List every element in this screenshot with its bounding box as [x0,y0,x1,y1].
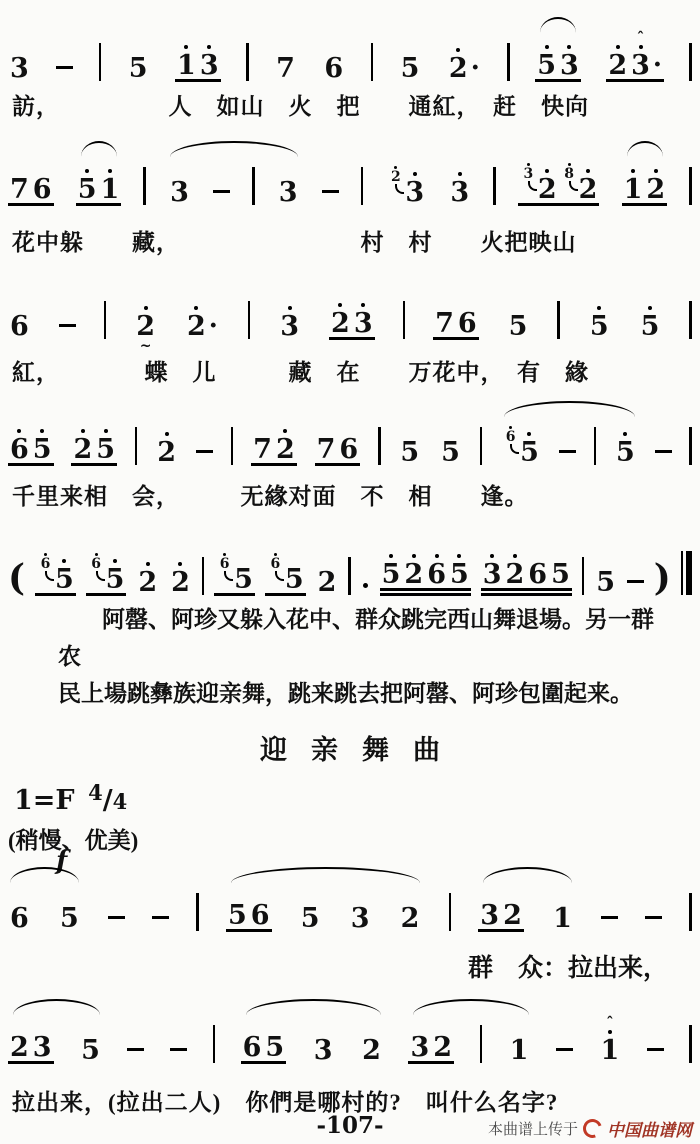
note: 2 [318,562,337,596]
note-stack: 2 [449,48,468,82]
note: 5 [590,306,609,340]
note-cell: 5 [398,412,421,468]
barline-stroke [348,557,351,595]
duration-dash [627,542,644,598]
beam-group: 65 [214,553,255,596]
barline [594,412,597,468]
note-digit: 3 [200,52,219,79]
note-stack: 5 [641,306,660,340]
note-cell: 65 [265,542,306,598]
note-digit: 5 [596,569,615,596]
music-line-7: 2356532321ˆ1 [8,996,692,1066]
beam-group: 5 [399,48,422,82]
beam-group: 3 [349,898,372,932]
note-digit: 2 [276,436,295,463]
dash-stroke [108,916,125,920]
octave-dot [85,169,89,173]
note-stack: 2 [608,45,627,79]
note: 65 [88,553,125,593]
note: 6 [458,303,477,337]
octave-dot [178,562,182,566]
beam-group: 5 [299,898,322,932]
note-digit: 2 [138,569,157,596]
note-stack: 6 [339,429,358,463]
grace-note: 6 [502,426,519,454]
beam-group: 51 [76,169,122,206]
note-digit: 7 [317,436,336,463]
note-stack: 3 [314,1030,333,1064]
octave-dot [654,169,658,173]
note-cell: 5 [399,28,422,84]
barline [135,412,138,468]
note-digit: 5 [537,52,556,79]
note-digit: 5 [129,55,148,82]
note-stack: 2 [538,169,557,203]
slur-icon [10,867,78,883]
note-cell: 1 [551,878,574,934]
note-stack: 7 [317,429,336,463]
note: 2 [505,554,524,588]
parenthesis-glyph: ) [654,562,671,594]
barline [231,412,234,468]
octave-dot [616,45,620,49]
note-digit: 6 [33,176,52,203]
slur-icon [504,401,635,417]
grace-slur-icon [96,571,105,581]
beam-group: 76 [433,303,479,340]
duration-dash [127,1010,144,1066]
duration-dash [170,1010,187,1066]
dash-stroke [559,450,576,454]
octave-dot [108,169,112,173]
octave-dot [457,554,461,558]
note: 1 [553,898,572,932]
beam-group: 1 [551,898,574,932]
note: 3 [560,45,579,79]
beam-group: 12 [622,169,668,206]
beam-group: 23 [329,303,375,340]
note-cell: 3 [278,286,301,342]
note-digit: 5 [382,561,401,588]
beam-group: 2~ [134,306,157,340]
grace-digit: 6 [220,557,230,571]
note: 3 [410,1027,429,1061]
note: 3 [170,172,189,206]
grace-digit: 6 [506,430,516,444]
note-digit: 3 [314,1037,333,1064]
note-cell: 3 [277,152,300,208]
duration-dash [59,286,76,342]
note: 5 [129,48,148,82]
note-stack: 3 [280,306,299,340]
octave-dot [412,554,416,558]
score-page: { "music": { "lines": [ {"cells":[{"d":"… [0,0,700,1144]
note-cell: 6 [8,878,31,934]
note-digit: 3 [450,179,469,206]
note-digit: 6 [243,1034,262,1061]
note-cell: 5 [58,878,81,934]
beam-group: 3 [277,172,300,206]
note: 5 [78,169,97,203]
dash-stroke [627,580,644,584]
note-digit: 3 [279,179,298,206]
dash-stroke [56,66,73,70]
grace-note: 6 [216,553,233,581]
note-cell: 76 [315,412,361,468]
note-digit: 2 [538,176,557,203]
note-digit: 2 [579,176,598,203]
note-stack: 2 [157,432,176,466]
note-stack: 5 [590,306,609,340]
note-stack: 2 [318,562,337,596]
duration-dash [152,878,169,934]
dash-stroke [196,450,213,454]
note-cell: 2 [136,542,159,598]
note-stack: 6 [528,554,547,588]
beam-group: 6 [322,48,345,82]
grace-digit: 6 [41,557,51,571]
barline-stroke [99,43,102,81]
note: 5 [60,898,79,932]
note-digit: 5 [78,176,97,203]
note-digit: 6 [339,436,358,463]
note-cell: 5 [614,412,637,468]
note-digit: 2 [433,1034,452,1061]
note-stack: 6 [10,898,29,932]
note-digit: 5 [33,436,52,463]
slur-icon [13,999,100,1015]
note: 7 [253,429,272,463]
note-cell: 7 [274,28,297,84]
grace-note: 8 [561,163,578,191]
grace-digit: 2 [391,170,401,184]
note-cell: 3 [168,152,191,208]
beam-group: ˆ1 [599,1030,622,1064]
barline-stroke [689,301,692,339]
note-cell: 5 [439,412,462,468]
note-cell: 5 [639,286,662,342]
note-digit: 2 [646,176,665,203]
note-stack: 1 [101,169,120,203]
note-digit: 2 [73,436,92,463]
note-stack: 3 [483,554,502,588]
barline [480,412,483,468]
note-digit: 5 [106,566,125,593]
crowd-label: 群 众：拉出来， [468,948,668,984]
barline [689,286,692,342]
barline [378,412,381,468]
note-digit: 3 [170,179,189,206]
note: 2 [362,1030,381,1064]
barline-stroke [104,301,107,339]
note-stack: 2 [138,562,157,596]
note-stack: 6 [324,48,343,82]
note-cell: 1 [508,1010,531,1066]
note-digit: 6 [10,313,29,340]
note-cell: 32 [408,1010,454,1066]
bend-icon: ˆ [606,1016,614,1031]
watermark: 本曲谱上传于 中国曲谱网 [488,1116,692,1141]
note: 5 [616,432,635,466]
barline [582,542,585,598]
note: 3 [450,172,469,206]
note-digit: 2 [404,561,423,588]
note-digit: 7 [10,176,29,203]
slur-icon [540,17,577,33]
beam-group: 2 [169,562,192,596]
barline [361,152,364,208]
beam-group: 5 [507,306,530,340]
octave-dot [361,303,365,307]
barline [99,28,102,84]
barline [689,152,692,208]
barline-stroke [594,427,597,465]
beam-group: 65 [86,553,127,596]
note-cell: 2· [447,28,482,84]
note-cell: 2 [169,542,192,598]
barline-stroke [681,551,684,595]
note-digit: 2 [331,310,350,337]
note-cell: 5 [79,1010,102,1066]
barline-stroke [196,893,199,931]
note-digit: 7 [435,310,454,337]
note: 5 [382,554,401,588]
barline-stroke [213,1025,216,1063]
note-digit: 3 [560,52,579,79]
barline-stroke [557,301,560,339]
barline-stroke [480,427,483,465]
meter-denominator: 4 [113,789,128,814]
bend-icon: ˆ [637,31,645,46]
barline-stroke [371,43,374,81]
note-stack: 6 [33,169,52,203]
note-stack: 3 [200,45,219,79]
note-cell: 3 [448,152,471,208]
barline-stroke [361,167,364,205]
note-stack: 6 [10,306,29,340]
note: 7 [435,303,454,337]
note: 6 [324,48,343,82]
note-digit: 5 [81,1037,100,1064]
duration-dash [655,412,672,468]
note-stack: 5 [401,48,420,82]
barline-stroke [689,43,692,81]
note-stack: 3 [10,48,29,82]
note-digit: 3 [354,310,373,337]
barline [348,542,351,598]
note-cell: 5 [507,286,530,342]
note-stack: 2 [276,429,295,463]
beam-group: 5 [594,562,617,596]
barline-stroke [403,301,406,339]
note: 2 [433,1027,452,1061]
note: 1 [177,45,196,79]
note-digit: 5 [520,439,539,466]
note-stack: 3 [279,172,298,206]
note-stack: 2~ [136,306,155,340]
note-digit: 2 [362,1037,381,1064]
octave-dot [458,172,462,176]
note: 5 [33,429,52,463]
note: 5 [509,306,528,340]
octave-dot [435,554,439,558]
octave-dot [113,559,117,563]
quputu-logo-icon [580,1116,605,1141]
note-digit: 6 [10,436,29,463]
note-stack: 5 [234,559,253,593]
barline-stroke [202,557,205,595]
note: 1 [624,169,643,203]
note-stack: 5 [400,432,419,466]
note-stack: 5 [78,169,97,203]
grace-digit: 8 [564,167,574,181]
beam-group: 3265 [481,554,572,596]
note-digit: 1 [553,905,572,932]
beam-group: 5 [79,1030,102,1064]
note: 5 [441,432,460,466]
note-digit: 5 [590,313,609,340]
note: 82 [561,163,598,203]
note-digit: 5 [400,439,419,466]
note-cell: 13 [175,28,221,84]
grace-digit: 6 [271,557,281,571]
note-cell: 5265 [380,542,471,598]
dash-stroke [213,190,230,194]
note: 2 [10,1027,29,1061]
note: 6 [10,898,29,932]
note-digit: 5 [265,1034,284,1061]
note-stack: 3 [170,172,189,206]
note-stack: 5 [537,45,556,79]
barline-stroke [689,167,692,205]
low-dot-glyph [363,583,368,588]
beam-group: 65 [35,553,76,596]
note: 3 [351,898,370,932]
note-stack: 3 [410,1027,429,1061]
octave-dot [413,172,417,176]
note-digit: 5 [60,905,79,932]
duration-dash [645,878,662,934]
note-stack: 2 [171,562,190,596]
lyrics-line-2: 花中躲 藏， 村 村 火把映山 [12,224,696,257]
note: 65 [37,553,74,593]
beam-group: 65 [500,426,541,466]
note-cell: 2ˆ3· [606,28,664,84]
note-stack: 2 [362,1030,381,1064]
beam-group: 1 [508,1030,531,1064]
note: 6 [528,554,547,588]
duration-dash [647,1010,664,1066]
note-stack: 3 [354,303,373,337]
note: 2~ [136,306,155,340]
beam-group: 2 [399,898,422,932]
note: 5 [96,429,115,463]
watermark-prefix: 本曲谱上传于 [488,1118,578,1139]
barline [104,286,107,342]
note-digit: 6 [10,905,29,932]
note-digit: 7 [253,436,272,463]
octave-dot [207,45,211,49]
note-digit: 2 [449,55,468,82]
augmentation-dot: · [653,52,662,78]
duration-dash [601,878,618,934]
slur-icon [231,867,420,883]
note-stack: 5 [441,432,460,466]
note-cell: 3282 [518,152,600,208]
beam-group: 25 [71,429,117,466]
note: 3 [483,554,502,588]
beam-group: 56 [226,895,272,932]
note-stack: ˆ3 [631,45,650,79]
grace-note: 6 [267,553,284,581]
note-cell: 2 [399,878,422,934]
note: 5 [228,895,247,929]
note-stack: 5 [33,429,52,463]
octave-dot [283,429,287,433]
note-cell: 3 [349,878,372,934]
note-digit: 2 [505,561,524,588]
beam-group: 3 [8,48,31,82]
note-digit: 3 [10,55,29,82]
note-digit: 5 [301,905,320,932]
note: 2 [276,429,295,463]
duration-dash [108,878,125,934]
note-digit: 3 [351,905,370,932]
note-digit: 2 [318,569,337,596]
parenthesis-glyph: ( [8,562,25,594]
note-stack: 5 [596,562,615,596]
beam-group: 5 [639,306,662,340]
note: 6 [243,1027,262,1061]
note: 7 [276,48,295,82]
watermark-site: 中国曲谱网 [607,1116,692,1141]
note-cell: 51 [76,152,122,208]
note: 2 [157,432,176,466]
beam-group: 53 [535,45,581,82]
beam-group: 3 [278,306,301,340]
barline-stroke [248,301,251,339]
note: 3 [33,1027,52,1061]
note: 1 [101,169,120,203]
note-digit: 5 [96,436,115,463]
note-stack: 2 [646,169,665,203]
barline [557,286,560,342]
note-digit: 3 [631,52,650,79]
beam-group: 2· [447,48,482,82]
duration-dash [213,152,230,208]
note-digit: 6 [324,55,343,82]
barline-stroke [582,557,585,595]
note: 65 [216,553,253,593]
note-stack: 6 [458,303,477,337]
barline-stroke [378,427,381,465]
note: 5 [641,306,660,340]
grace-digit: 6 [91,557,101,571]
music-line-4: 65252727655655 [8,398,692,468]
grace-note: 6 [37,553,54,581]
barline [252,152,255,208]
barline-stroke [689,427,692,465]
note: 7 [317,429,336,463]
note-digit: 1 [177,52,196,79]
note: 23 [387,166,424,206]
octave-dot [194,306,198,310]
note-cell: 56 [226,878,272,934]
dash-stroke [601,916,618,920]
note-stack: 5 [509,306,528,340]
note-stack: ˆ1 [601,1030,620,1064]
slur-icon [170,141,297,157]
